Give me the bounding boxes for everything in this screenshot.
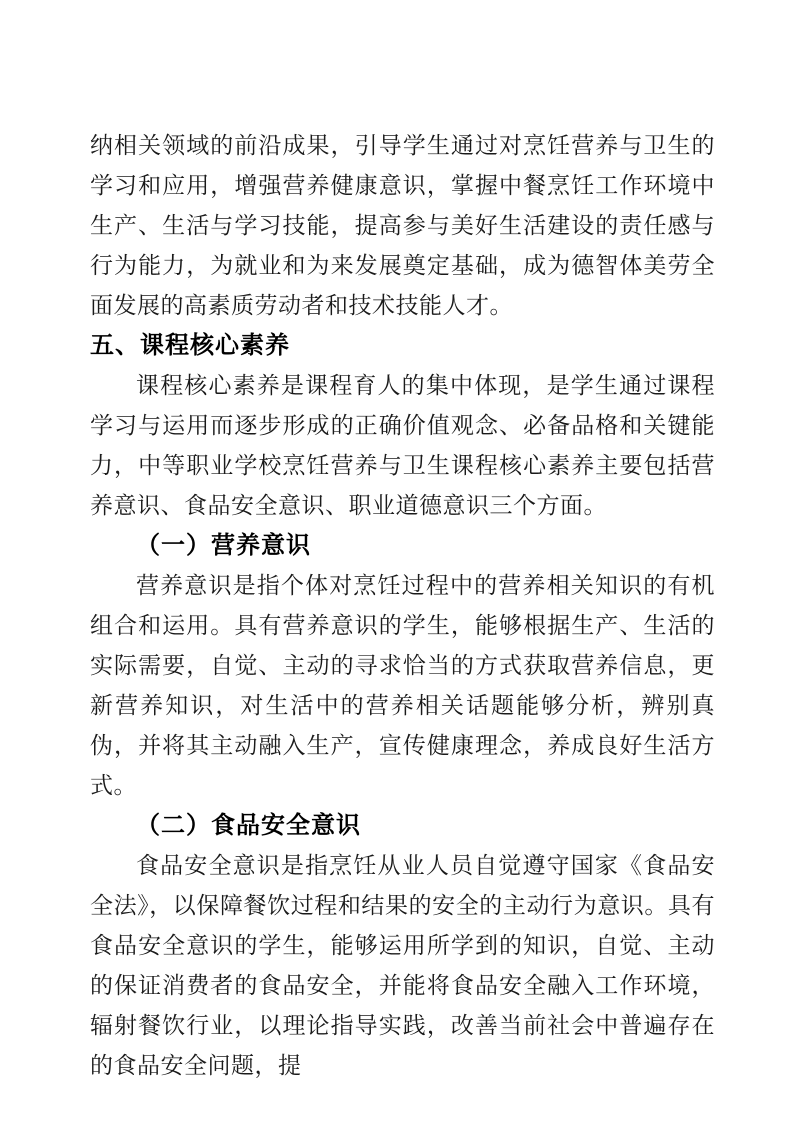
subsection-heading-food-safety-awareness: （二）食品安全意识 [90,806,715,846]
document-body: 纳相关领域的前沿成果，引导学生通过对烹饪营养与卫生的学习和应用，增强营养健康意识… [90,126,715,1086]
paragraph-core-competencies-overview: 课程核心素养是课程育人的集中体现，是学生通过课程学习与运用而逐步形成的正确价值观… [90,366,715,526]
paragraph-training-goal-continuation: 纳相关领域的前沿成果，引导学生通过对烹饪营养与卫生的学习和应用，增强营养健康意识… [90,126,715,326]
paragraph-food-safety-awareness: 食品安全意识是指烹饪从业人员自觉遵守国家《食品安全法》，以保障餐饮过程和结果的安… [90,846,715,1086]
document-page: 纳相关领域的前沿成果，引导学生通过对烹饪营养与卫生的学习和应用，增强营养健康意识… [0,0,793,1122]
paragraph-nutrition-awareness: 营养意识是指个体对烹饪过程中的营养相关知识的有机组合和运用。具有营养意识的学生，… [90,566,715,806]
section-heading-course-core-competencies: 五、课程核心素养 [90,326,715,366]
subsection-heading-nutrition-awareness: （一）营养意识 [90,526,715,566]
